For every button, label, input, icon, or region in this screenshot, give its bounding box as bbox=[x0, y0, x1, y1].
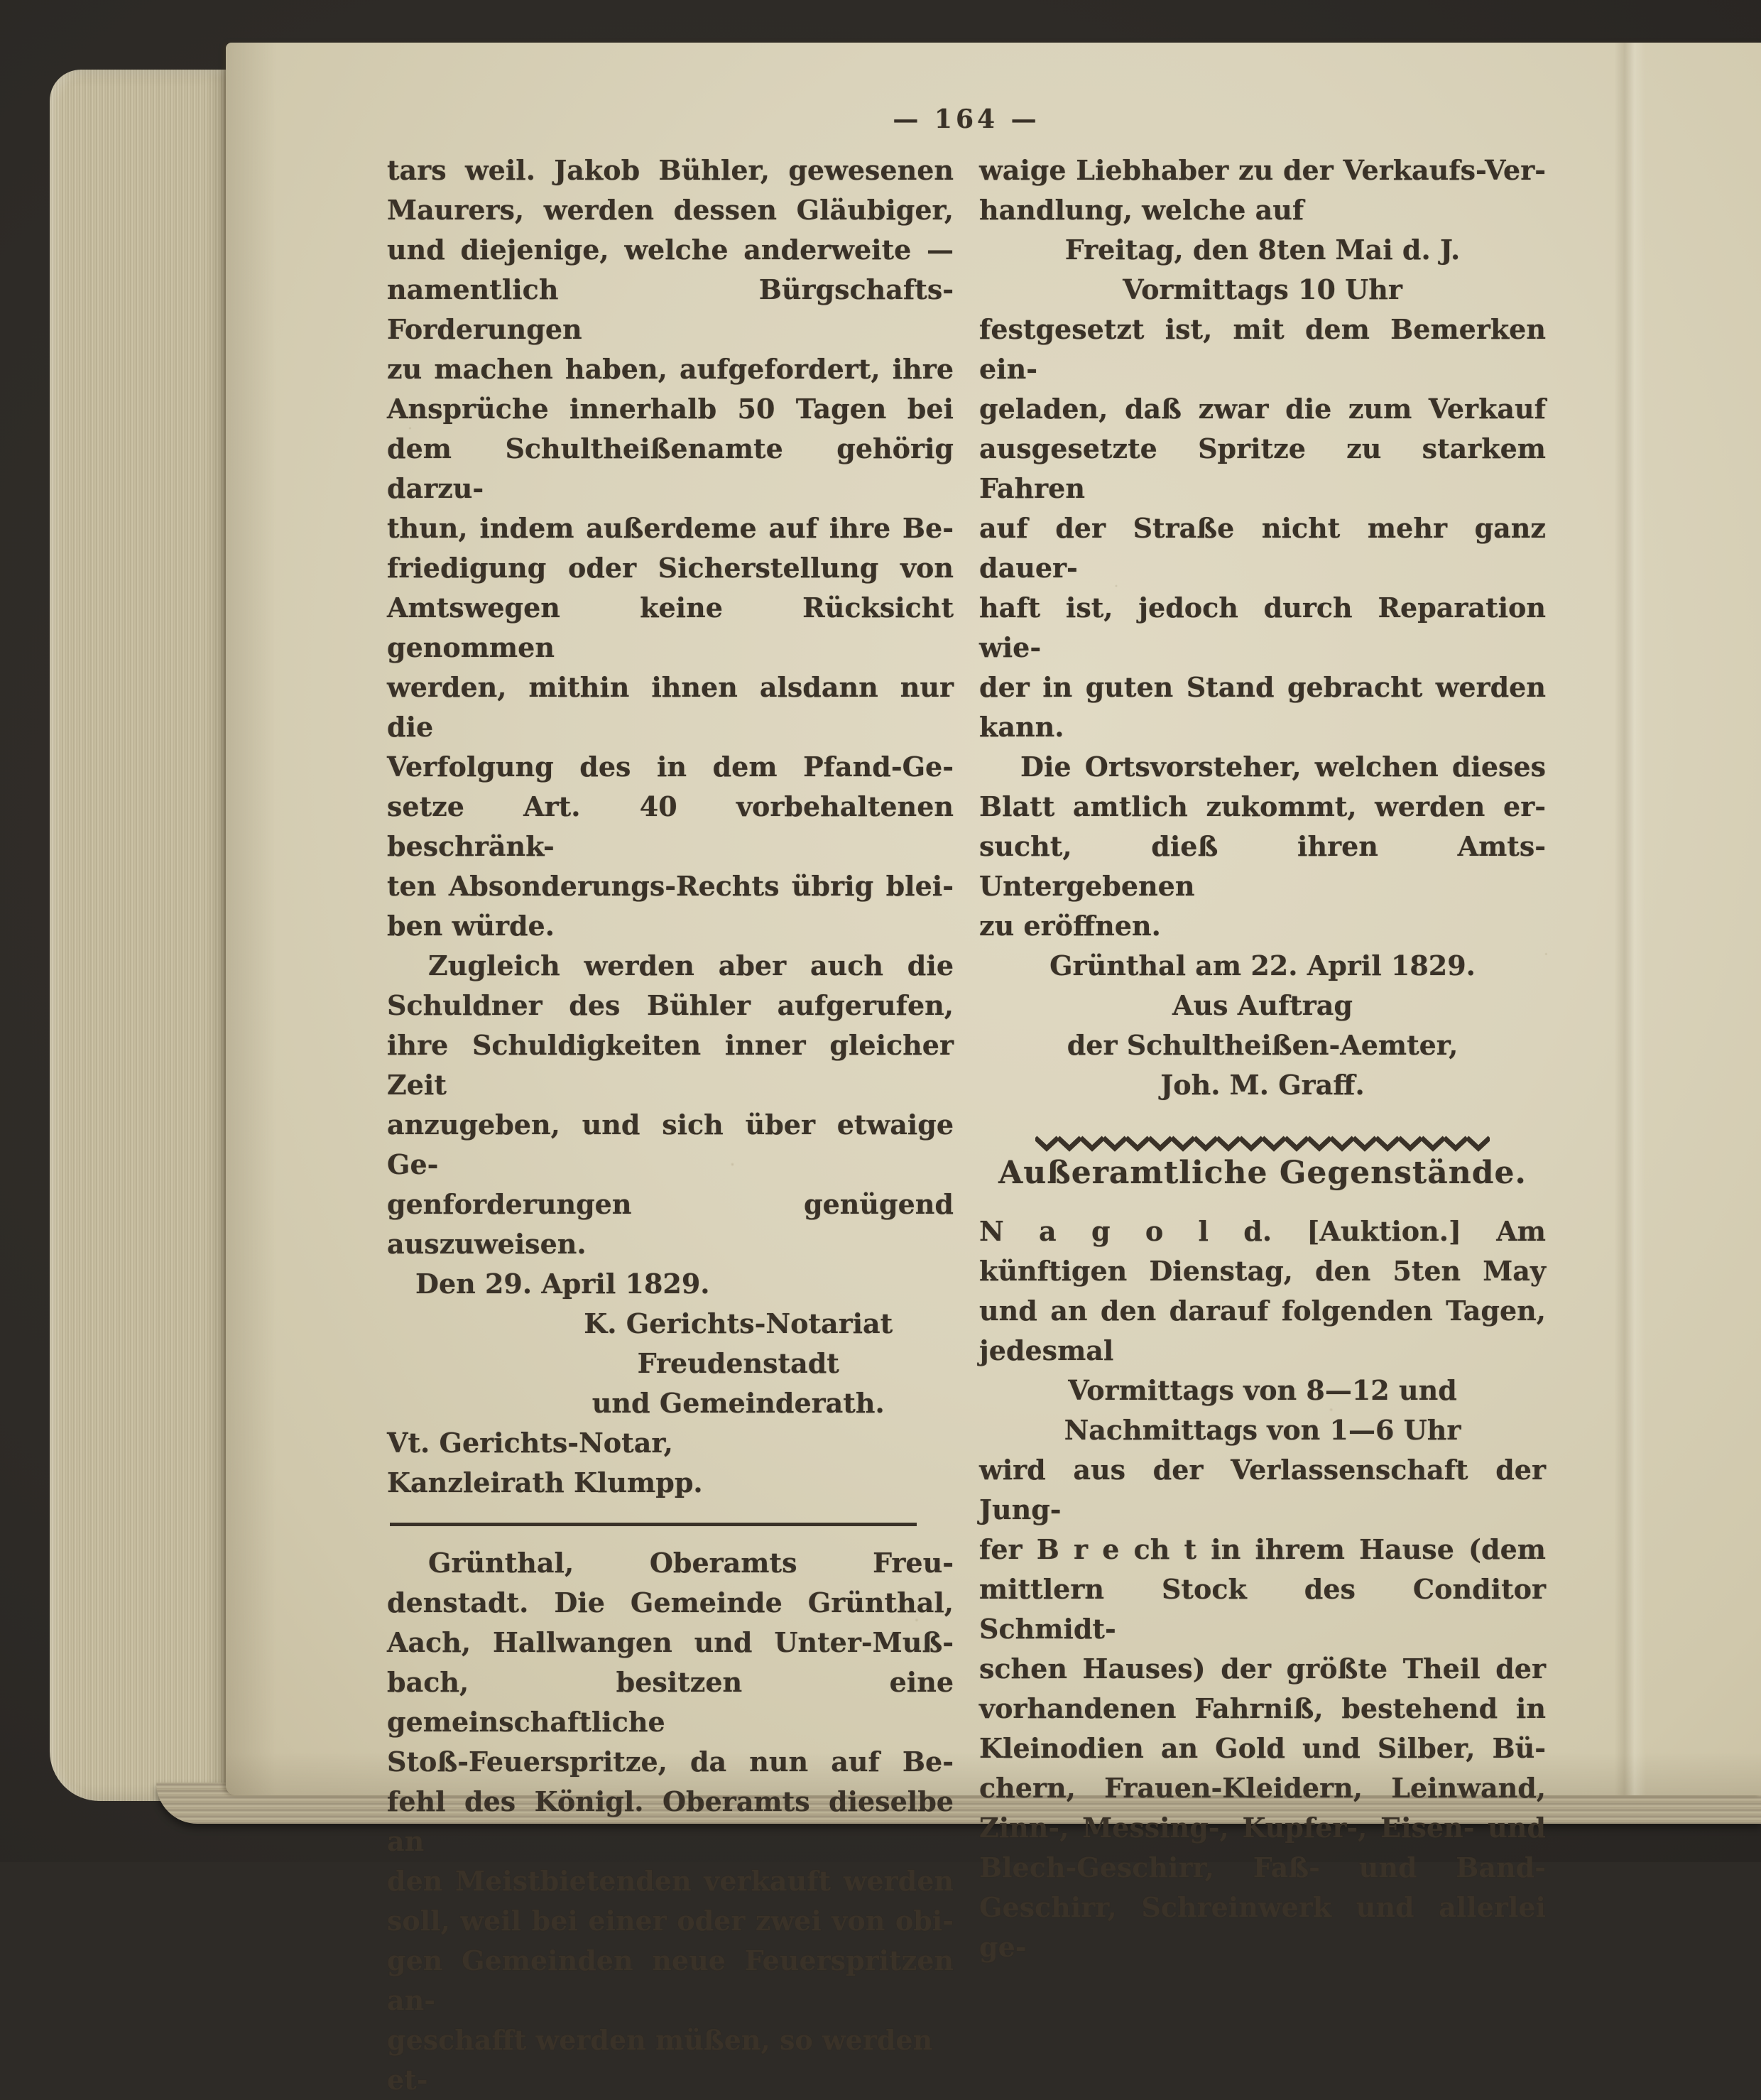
text-line: vorhandenen Fahrniß, bestehend in bbox=[979, 1689, 1546, 1729]
zigzag-divider-graphic bbox=[1035, 1134, 1490, 1153]
left-column-notice-freudenstadt: tars weil. Jakob Bühler, gewesenenMaurer… bbox=[387, 151, 954, 1503]
text-line: Vormittags von 8—12 und bbox=[979, 1371, 1546, 1410]
text-line: tars weil. Jakob Bühler, gewesenen bbox=[387, 151, 954, 190]
text-line: Kanzleirath Klumpp. bbox=[387, 1463, 954, 1503]
right-column-auction-notice: N a g o l d. [Auktion.] Amkünftigen Dien… bbox=[979, 1212, 1546, 1862]
text-line: und an den darauf folgenden Tagen, bbox=[979, 1291, 1546, 1331]
page-content: — 164 — tars weil. Jakob Bühler, gewesen… bbox=[387, 99, 1546, 1862]
text-line: thun, indem außerdeme auf ihre Be- bbox=[387, 508, 954, 548]
text-line: der Schultheißen-Aemter, bbox=[979, 1025, 1546, 1065]
text-columns: tars weil. Jakob Bühler, gewesenenMaurer… bbox=[387, 151, 1546, 1862]
text-line: Zugleich werden aber auch die bbox=[387, 946, 954, 986]
text-line: ben würde. bbox=[387, 906, 954, 946]
text-line: jedesmal bbox=[979, 1331, 1546, 1371]
text-line: ausgesetzte Spritze zu starkem Fahren bbox=[979, 429, 1546, 508]
text-line: Maurers, werden dessen Gläubiger, bbox=[387, 190, 954, 230]
text-line: Blatt amtlich zukommt, werden er- bbox=[979, 787, 1546, 827]
book-fore-edge-pages bbox=[50, 70, 230, 1801]
text-line: genforderungen genügend auszuweisen. bbox=[387, 1185, 954, 1264]
right-column: waige Liebhaber zu der Verkaufs-Ver-hand… bbox=[979, 151, 1546, 1862]
text-line: schen Hauses) der größte Theil der bbox=[979, 1649, 1546, 1689]
text-line: Amtswegen keine Rücksicht genommen bbox=[387, 588, 954, 668]
text-line: Nachmittags von 1—6 Uhr bbox=[979, 1410, 1546, 1450]
text-line: Aach, Hallwangen und Unter-Muß- bbox=[387, 1623, 954, 1663]
text-line: festgesetzt ist, mit dem Bemerken ein- bbox=[979, 310, 1546, 389]
page-number: — 164 — bbox=[387, 99, 1546, 139]
text-line: Aus Auftrag bbox=[979, 986, 1546, 1025]
text-line: auf der Straße nicht mehr ganz dauer- bbox=[979, 508, 1546, 588]
text-line: werden, mithin ihnen alsdann nur die bbox=[387, 668, 954, 747]
text-line: Freitag, den 8ten Mai d. J. bbox=[979, 230, 1546, 270]
text-line: kann. bbox=[979, 707, 1546, 747]
text-line: ten Absonderungs-Rechts übrig blei- bbox=[387, 866, 954, 906]
text-line: Blech-Geschirr, Faß- und Band- bbox=[979, 1848, 1546, 1862]
text-line: Verfolgung des in dem Pfand-Ge- bbox=[387, 747, 954, 787]
text-line: dem Schultheißenamte gehörig darzu- bbox=[387, 429, 954, 508]
left-column: tars weil. Jakob Bühler, gewesenenMaurer… bbox=[387, 151, 954, 1862]
text-line: und diejenige, welche anderweite — bbox=[387, 230, 954, 270]
text-line: Stoß-Feuerspritze, da nun auf Be- bbox=[387, 1742, 954, 1782]
text-line: Die Ortsvorsteher, welchen dieses bbox=[979, 747, 1546, 787]
text-line: setze Art. 40 vorbehaltenen beschränk- bbox=[387, 787, 954, 866]
text-line: Ansprüche innerhalb 50 Tagen bei bbox=[387, 389, 954, 429]
text-line: Den 29. April 1829. bbox=[387, 1264, 954, 1304]
text-line: namentlich Bürgschafts-Forderungen bbox=[387, 270, 954, 349]
text-line: Vt. Gerichts-Notar, bbox=[387, 1423, 954, 1463]
text-line: wird aus der Verlassenschaft der Jung- bbox=[979, 1450, 1546, 1530]
text-line: zu eröffnen. bbox=[979, 906, 1546, 946]
text-line: Schuldner des Bühler aufgerufen, bbox=[387, 986, 954, 1025]
text-line: anzugeben, und sich über etwaige Ge- bbox=[387, 1105, 954, 1185]
text-line: chern, Frauen-Kleidern, Leinwand, bbox=[979, 1768, 1546, 1808]
text-line: Freudenstadt bbox=[387, 1344, 954, 1383]
text-line: geladen, daß zwar die zum Verkauf bbox=[979, 389, 1546, 429]
text-line: K. Gerichts-Notariat bbox=[387, 1304, 954, 1344]
text-line: mittlern Stock des Conditor Schmidt- bbox=[979, 1569, 1546, 1649]
right-column-notice-continued: waige Liebhaber zu der Verkaufs-Ver-hand… bbox=[979, 151, 1546, 1105]
text-line: fehl des Königl. Oberamts dieselbe an bbox=[387, 1782, 954, 1861]
text-line: friedigung oder Sicherstellung von bbox=[387, 548, 954, 588]
text-line: Grünthal am 22. April 1829. bbox=[979, 946, 1546, 986]
text-line: haft ist, jedoch durch Reparation wie- bbox=[979, 588, 1546, 668]
section-rule bbox=[390, 1523, 917, 1526]
text-line: ihre Schuldigkeiten inner gleicher Zeit bbox=[387, 1025, 954, 1105]
text-line: Kleinodien an Gold und Silber, Bü- bbox=[979, 1729, 1546, 1768]
zigzag-divider bbox=[1035, 1124, 1490, 1142]
text-line: Vormittags 10 Uhr bbox=[979, 270, 1546, 310]
text-line: der in guten Stand gebracht werden bbox=[979, 668, 1546, 707]
text-line: handlung, welche auf bbox=[979, 190, 1546, 230]
text-line: und Gemeinderath. bbox=[387, 1383, 954, 1423]
text-line: denstadt. Die Gemeinde Grünthal, bbox=[387, 1583, 954, 1623]
text-line: Joh. M. Graff. bbox=[979, 1065, 1546, 1105]
section-heading: Außeramtliche Gegenstände. bbox=[979, 1153, 1546, 1193]
text-line: Grünthal, Oberamts Freu- bbox=[387, 1543, 954, 1583]
left-column-notice-gruenthal: Grünthal, Oberamts Freu-denstadt. Die Ge… bbox=[387, 1543, 954, 1862]
text-line: sucht, dieß ihren Amts-Untergebenen bbox=[979, 827, 1546, 906]
text-line: künftigen Dienstag, den 5ten May bbox=[979, 1251, 1546, 1291]
text-line: zu machen haben, aufgefordert, ihre bbox=[387, 349, 954, 389]
text-line: Zinn-, Messing-, Kupfer-, Eisen- und bbox=[979, 1808, 1546, 1848]
text-line: bach, besitzen eine gemeinschaftliche bbox=[387, 1663, 954, 1742]
text-line: N a g o l d. [Auktion.] Am bbox=[979, 1212, 1546, 1251]
text-line: waige Liebhaber zu der Verkaufs-Ver- bbox=[979, 151, 1546, 190]
text-line: fer B r e ch t in ihrem Hause (dem bbox=[979, 1530, 1546, 1569]
